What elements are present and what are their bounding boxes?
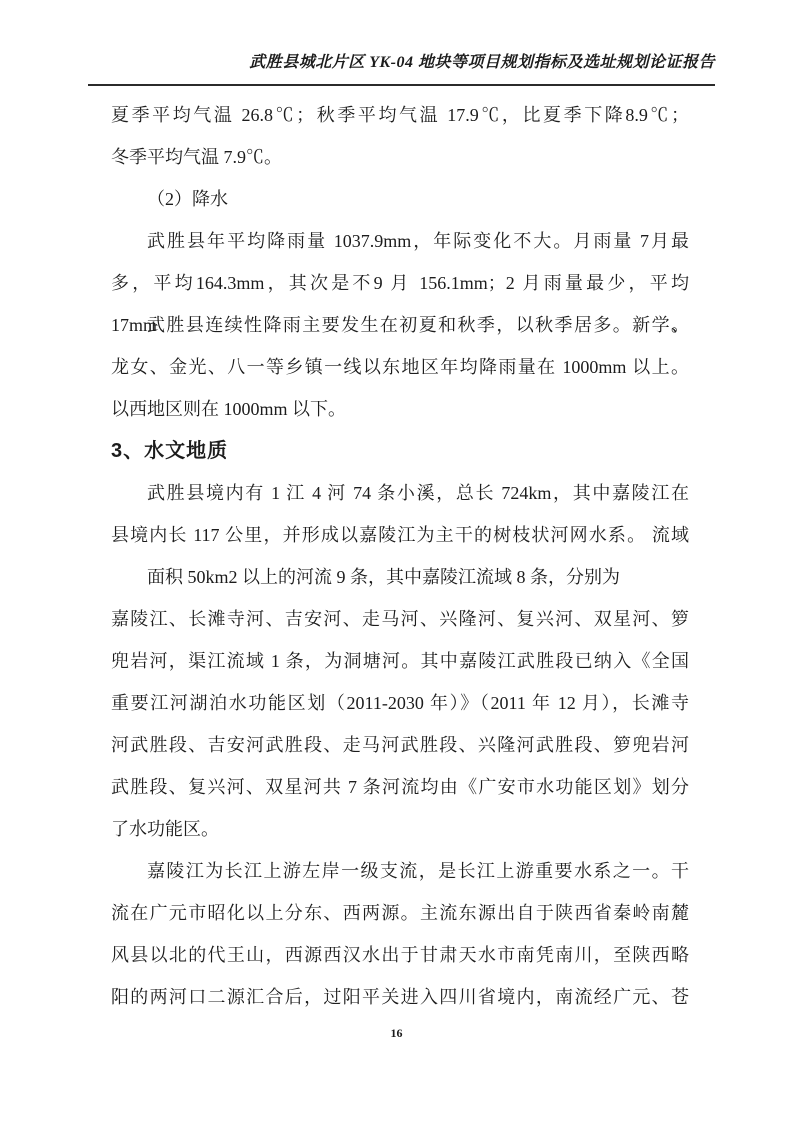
text-line: 武胜县境内有 1 江 4 河 74 条小溪，总长 724km，其中嘉陵江在: [111, 472, 689, 514]
document-body: 夏季平均气温 26.8℃；秋季平均气温 17.9℃，比夏季下降8.9℃； 冬季平…: [111, 94, 689, 1018]
text-line: 重要江河湖泊水功能区划（2011-2030 年）》（2011 年 12 月），长…: [111, 682, 689, 724]
section-heading: 3、水文地质: [111, 430, 689, 472]
text-line: 县境内长 117 公里，并形成以嘉陵江为主干的树枝状河网水系。 流域: [111, 514, 689, 556]
text-line: 面积 50km2 以上的河流 9 条，其中嘉陵江流域 8 条，分别为: [111, 556, 689, 598]
text-line: 龙女、金光、八一等乡镇一线以东地区年均降雨量在 1000mm 以上。: [111, 346, 689, 388]
text-line: 了水功能区。: [111, 808, 689, 850]
text-line: 风县以北的代王山，西源西汉水出于甘肃天水市南凭南川，至陕西略: [111, 934, 689, 976]
page-footer: 16: [0, 1026, 793, 1041]
text-line: 河武胜段、吉安河武胜段、走马河武胜段、兴隆河武胜段、箩兜岩河: [111, 724, 689, 766]
text-line: 嘉陵江为长江上游左岸一级支流，是长江上游重要水系之一。干: [111, 850, 689, 892]
text-line: 武胜段、复兴河、双星河共 7 条河流均由《广安市水功能区划》划分: [111, 766, 689, 808]
text-line: 流在广元市昭化以上分东、西两源。主流东源出自于陕西省秦岭南麓: [111, 892, 689, 934]
text-line: 嘉陵江、长滩寺河、吉安河、走马河、兴隆河、复兴河、双星河、箩: [111, 598, 689, 640]
text-line: 武胜县年平均降雨量 1037.9mm，年际变化不大。月雨量 7月最: [111, 220, 689, 262]
text-line: 阳的两河口二源汇合后，过阳平关进入四川省境内，南流经广元、苍: [111, 976, 689, 1018]
page-header: 武胜县城北片区 YK-04 地块等项目规划指标及选址规划论证报告: [88, 50, 715, 86]
header-title: 武胜县城北片区 YK-04 地块等项目规划指标及选址规划论证报告: [249, 54, 715, 71]
text-line: 夏季平均气温 26.8℃；秋季平均气温 17.9℃，比夏季下降8.9℃；: [111, 94, 689, 136]
text-line: 武胜县连续性降雨主要发生在初夏和秋季，以秋季居多。新学、: [111, 304, 689, 346]
text-line: 多，平均164.3mm，其次是不9 月 156.1mm；2 月雨量最少，平均 1…: [111, 262, 689, 304]
text-line: 以西地区则在 1000mm 以下。: [111, 388, 689, 430]
page-number: 16: [391, 1026, 403, 1040]
text-line: 兜岩河，渠江流域 1 条，为洞塘河。其中嘉陵江武胜段已纳入《全国: [111, 640, 689, 682]
text-line: 冬季平均气温 7.9℃。: [111, 136, 689, 178]
subsection-title: （2）降水: [111, 178, 689, 220]
document-page: 武胜县城北片区 YK-04 地块等项目规划指标及选址规划论证报告 夏季平均气温 …: [0, 0, 793, 1122]
